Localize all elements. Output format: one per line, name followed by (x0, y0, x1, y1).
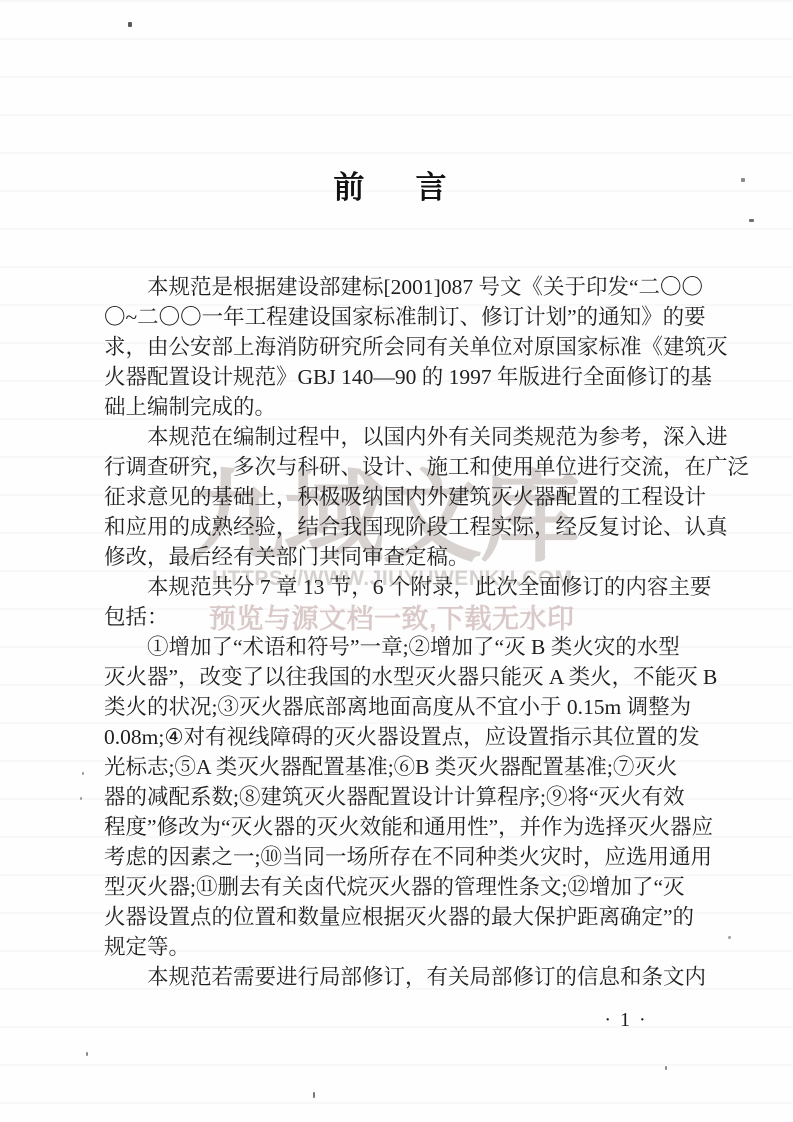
text-line: 础上编制完成的。 (104, 392, 676, 422)
text-line: 行调查研究，多次与科研、设计、施工和使用单位进行交流，在广泛 (104, 452, 676, 482)
text-line: 考虑的因素之一;⑩当同一场所存在不同种类火灾时，应选用通用 (104, 842, 676, 872)
text-line: 本规范若需要进行局部修订，有关局部修订的信息和条文内 (104, 962, 676, 992)
text-line: 器的减配系数;⑧建筑灭火器配置设计计算程序;⑨将“灭火有效 (104, 782, 676, 812)
text-line: 和应用的成熟经验，结合我国现阶段工程实际，经反复讨论、认真 (104, 512, 676, 542)
text-line: 修改，最后经有关部门共同审查定稿。 (104, 542, 676, 572)
scan-speck (728, 936, 731, 939)
scan-speck (665, 1066, 667, 1070)
text-line: 0.08m;④对有视线障碍的灭火器设置点，应设置指示其位置的发 (104, 722, 676, 752)
scan-speck (741, 178, 745, 182)
text-line: 规定等。 (104, 932, 676, 962)
text-line: 光标志;⑤A 类灭火器配置基准;⑥B 类灭火器配置基准;⑦灭火 (104, 752, 676, 782)
text-line: 火器设置点的位置和数量应根据灭火器的最大保护距离确定”的 (104, 902, 676, 932)
text-line: 〇~二〇〇一年工程建设国家标准制订、修订计划”的通知》的要 (104, 302, 676, 332)
page-content: 前言 本规范是根据建设部建标[2001]087 号文《关于印发“二〇〇 〇~二〇… (0, 0, 793, 1122)
text-line: 型灭火器;⑪删去有关卤代烷灭火器的管理性条文;⑫增加了“灭 (104, 872, 676, 902)
text-line: 类火的状况;③灭火器底部离地面高度从不宜小于 0.15m 调整为 (104, 692, 676, 722)
text-line: 本规范共分 7 章 13 节，6 个附录，此次全面修订的内容主要 (104, 572, 676, 602)
page-number: · 1 · (576, 1008, 676, 1032)
scan-speck (313, 1092, 315, 1098)
scan-speck (128, 22, 132, 27)
preface-title: 前言 (104, 171, 676, 205)
text-line: 包括： (104, 602, 676, 632)
text-line: 灭火器”，改变了以往我国的水型灭火器只能灭 A 类火，不能灭 B (104, 662, 676, 692)
text-line: ①增加了“术语和符号”一章;②增加了“灭 B 类火灾的水型 (104, 632, 676, 662)
text-line: 求，由公安部上海消防研究所会同有关单位对原国家标准《建筑灭 (104, 332, 676, 362)
scan-speck (749, 219, 754, 222)
text-line: 本规范是根据建设部建标[2001]087 号文《关于印发“二〇〇 (104, 272, 676, 302)
scan-speck (86, 1052, 88, 1056)
text-line: 程度”修改为“灭火器的灭火效能和通用性”，并作为选择灭火器应 (104, 812, 676, 842)
scan-speck (80, 797, 82, 800)
document-page: 九域文库 HTTPS://WWW.JIUYUWENKU.COM 预览与源文档一致… (0, 0, 793, 1122)
preface-body: 本规范是根据建设部建标[2001]087 号文《关于印发“二〇〇 〇~二〇〇一年… (104, 272, 676, 992)
text-line: 征求意见的基础上，积极吸纳国内外建筑灭火器配置的工程设计 (104, 482, 676, 512)
scan-speck (82, 772, 84, 775)
text-line: 火器配置设计规范》GBJ 140—90 的 1997 年版进行全面修订的基 (104, 362, 676, 392)
text-line: 本规范在编制过程中，以国内外有关同类规范为参考，深入进 (104, 422, 676, 452)
